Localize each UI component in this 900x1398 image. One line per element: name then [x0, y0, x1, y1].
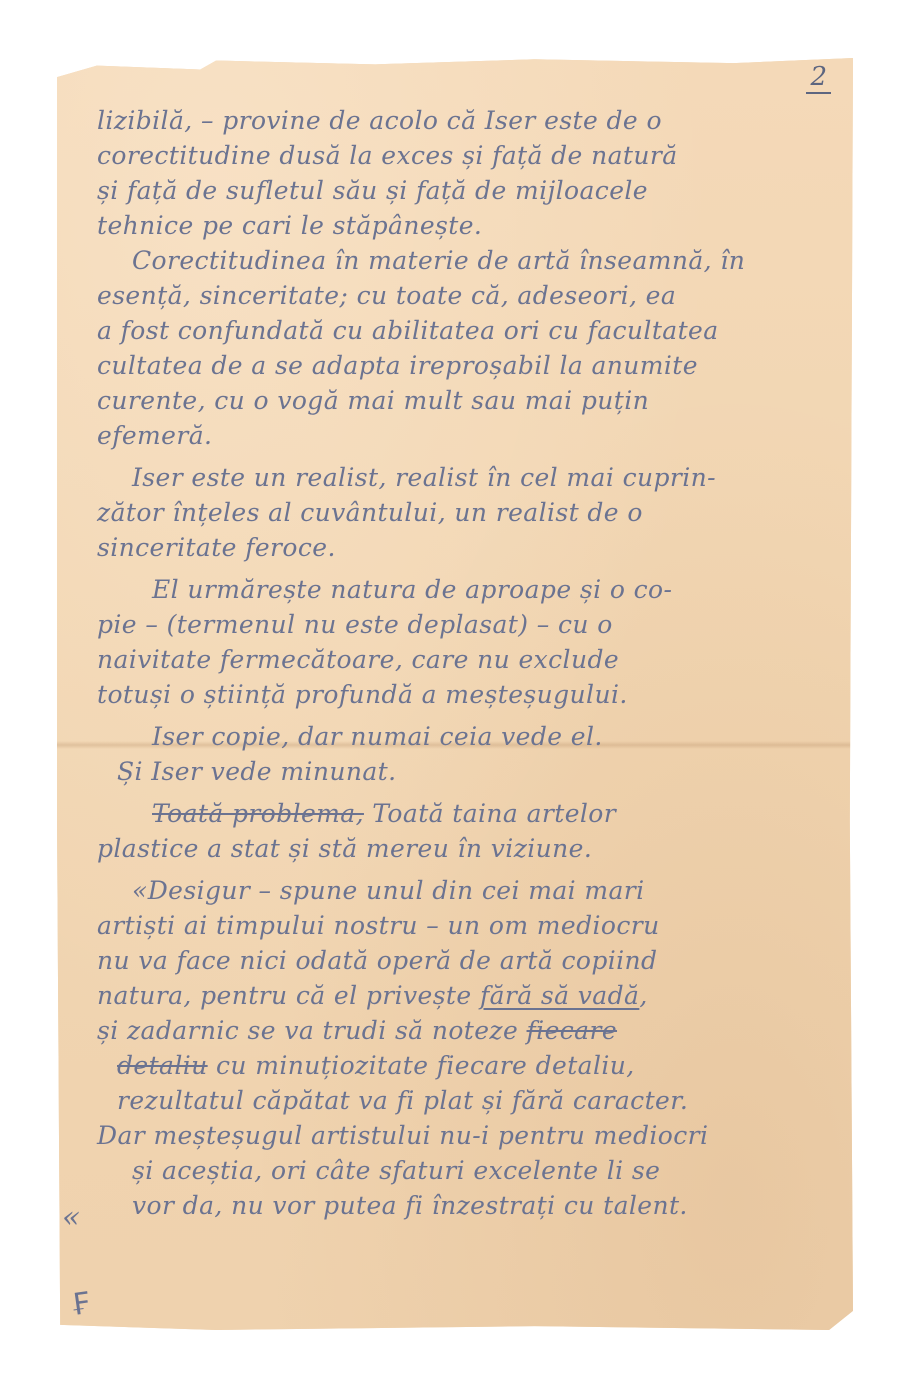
- text-line: tehnice pe cari le stăpânește.: [97, 208, 823, 243]
- text-line: esență, sinceritate; cu toate că, adeseo…: [97, 278, 823, 313]
- text-line: Dar meșteșugul artistului nu-i pentru me…: [97, 1118, 823, 1153]
- text-line: rezultatul căpătat va fi plat și fără ca…: [97, 1083, 823, 1118]
- text-line: și zadarnic se va trudi să noteze fiecar…: [97, 1013, 823, 1048]
- quote-mark: «: [62, 1200, 80, 1235]
- text-line: și aceștia, ori câte sfaturi excelente l…: [97, 1153, 823, 1188]
- struck-text: detaliu: [117, 1051, 208, 1080]
- line-text: natura, pentru că el privește: [97, 981, 480, 1010]
- page-number: 2: [806, 62, 831, 94]
- text-line: naivitate fermecătoare, care nu exclude: [97, 642, 823, 677]
- text-line: Toată problema, Toată taina artelor: [97, 796, 823, 831]
- text-line: Iser este un realist, realist în cel mai…: [97, 460, 823, 495]
- text-line: efemeră.: [97, 418, 823, 453]
- text-line: plastice a stat și stă mereu în viziune.: [97, 831, 823, 866]
- line-text: și zadarnic se va trudi să noteze: [97, 1016, 527, 1045]
- text-line: pie – (termenul nu este deplasat) – cu o: [97, 607, 823, 642]
- line-text: ,: [639, 981, 647, 1010]
- struck-text: fiecare: [527, 1016, 618, 1045]
- text-line: «Desigur – spune unul din cei mai mari: [97, 873, 823, 908]
- manuscript-page: 2 lizibilă, – provine de acolo că Iser e…: [57, 58, 853, 1330]
- line-text: Toată taina artelor: [364, 799, 616, 828]
- text-line: a fost confundată cu abilitatea ori cu f…: [97, 313, 823, 348]
- text-line: vor da, nu vor putea fi înzestrați cu ta…: [97, 1188, 823, 1223]
- text-line: Corectitudinea în materie de artă înseam…: [97, 243, 823, 278]
- manuscript-text: lizibilă, – provine de acolo că Iser est…: [97, 103, 823, 1223]
- text-line: lizibilă, – provine de acolo că Iser est…: [97, 103, 823, 138]
- text-line: cultatea de a se adapta ireproșabil la a…: [97, 348, 823, 383]
- text-line: El urmărește natura de aproape și o co-: [97, 572, 823, 607]
- text-line: artiști ai timpului nostru – un om medio…: [97, 908, 823, 943]
- text-line: zător înțeles al cuvântului, un realist …: [97, 495, 823, 530]
- text-line: Și Iser vede minunat.: [97, 754, 823, 789]
- text-line: detaliu cu minuțiozitate fiecare detaliu…: [97, 1048, 823, 1083]
- text-line: Iser copie, dar numai ceia vede el.: [97, 719, 823, 754]
- text-line: corectitudine dusă la exces și față de n…: [97, 138, 823, 173]
- text-line: totuși o știință profundă a meșteșugului…: [97, 677, 823, 712]
- text-line: sinceritate feroce.: [97, 530, 823, 565]
- struck-text: Toată problema,: [152, 799, 364, 828]
- line-text: cu minuțiozitate fiecare detaliu,: [208, 1051, 635, 1080]
- underlined-text: fără să vadă: [480, 981, 639, 1010]
- monogram-mark: ₣: [69, 1286, 93, 1323]
- text-line: și față de sufletul său și față de mijlo…: [97, 173, 823, 208]
- text-line: nu va face nici odată operă de artă copi…: [97, 943, 823, 978]
- text-line: curente, cu o vogă mai mult sau mai puți…: [97, 383, 823, 418]
- text-line: natura, pentru că el privește fără să va…: [97, 978, 823, 1013]
